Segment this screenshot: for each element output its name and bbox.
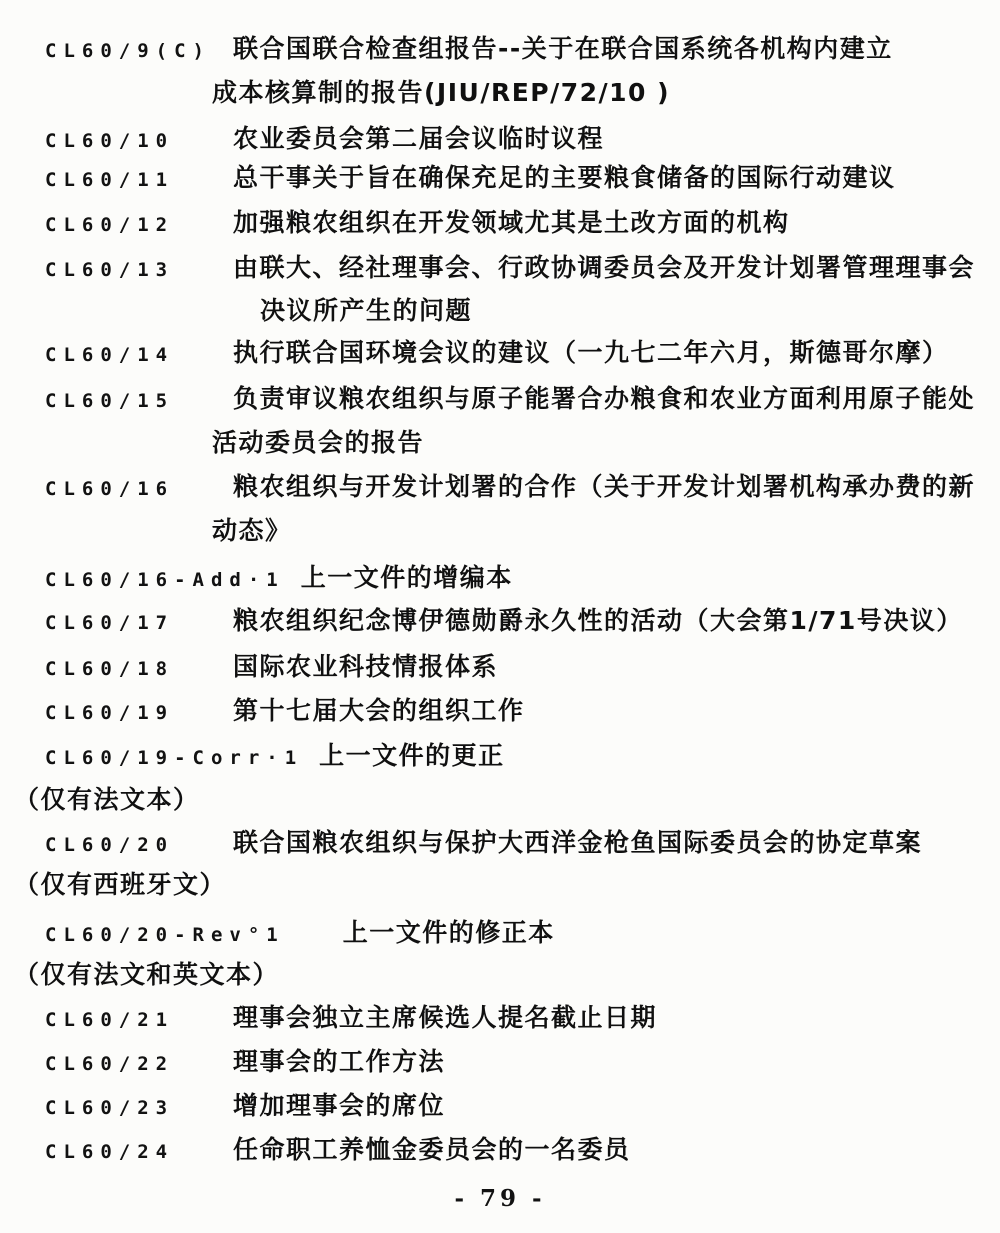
doc-text: （仅有法文和英文本） <box>14 960 279 989</box>
doc-line: CL60/14执行联合国环境会议的建议（一九七二年六月，斯德哥尔摩） <box>45 340 949 365</box>
doc-line: CL60/12加强粮农组织在开发领域尤其是土改方面的机构 <box>45 210 790 235</box>
doc-text: 由联大、经社理事会、行政协调委员会及开发计划署管理理事会 <box>233 253 975 282</box>
doc-text: 决议所产生的问题 <box>260 296 472 325</box>
doc-code: CL60/14 <box>45 346 233 365</box>
doc-text: （仅有法文本） <box>14 785 200 814</box>
doc-line: CL60/16-Add·1上一文件的增编本 <box>45 565 513 590</box>
doc-line: CL60/18国际农业科技情报体系 <box>45 654 498 679</box>
doc-continuation-line: 决议所产生的问题 <box>260 298 472 323</box>
doc-text: 执行联合国环境会议的建议（一九七二年六月，斯德哥尔摩） <box>233 338 949 367</box>
doc-text: 任命职工养恤金委员会的一名委员 <box>233 1135 631 1164</box>
doc-code: CL60/19-Corr·1 <box>45 749 303 768</box>
doc-code: CL60/10 <box>45 132 233 151</box>
doc-text: 活动委员会的报告 <box>212 428 424 457</box>
doc-text: 农业委员会第二届会议临时议程 <box>233 124 604 153</box>
doc-text: 国际农业科技情报体系 <box>233 652 498 681</box>
page-number: - 79 - <box>0 1185 1000 1212</box>
doc-line: CL60/20-Rev°1上一文件的修正本 <box>45 920 555 945</box>
doc-text: 粮农组织与开发计划署的合作（关于开发计划署机构承办费的新 <box>233 472 975 501</box>
doc-code: CL60/20-Rev°1 <box>45 926 285 945</box>
doc-text: 联合国粮农组织与保护大西洋金枪鱼国际委员会的协定草案 <box>233 828 922 857</box>
doc-line: CL60/17粮农组织纪念博伊德勋爵永久性的活动（大会第1/71号决议） <box>45 608 963 633</box>
doc-line: CL60/20联合国粮农组织与保护大西洋金枪鱼国际委员会的协定草案 <box>45 830 922 855</box>
doc-line: CL60/13由联大、经社理事会、行政协调委员会及开发计划署管理理事会 <box>45 255 975 280</box>
doc-continuation-line: 活动委员会的报告 <box>212 430 424 455</box>
scanned-document-page: CL60/9(C)联合国联合检查组报告--关于在联合国系统各机构内建立 成本核算… <box>0 0 1000 1233</box>
language-note: （仅有法文和英文本） <box>14 962 279 987</box>
doc-text: 上一文件的修正本 <box>343 918 555 947</box>
doc-code: CL60/13 <box>45 261 233 280</box>
language-note: （仅有法文本） <box>14 787 200 812</box>
doc-text: 理事会的工作方法 <box>233 1047 445 1076</box>
doc-text: 理事会独立主席候选人提名截止日期 <box>233 1003 657 1032</box>
doc-code: CL60/12 <box>45 216 233 235</box>
doc-continuation-line: 成本核算制的报告(JIU/REP/72/10 ) <box>212 80 670 105</box>
doc-line: CL60/21理事会独立主席候选人提名截止日期 <box>45 1005 657 1030</box>
doc-text: 上一文件的增编本 <box>301 563 513 592</box>
doc-code: CL60/22 <box>45 1055 233 1074</box>
doc-code: CL60/19 <box>45 704 233 723</box>
doc-text: 上一文件的更正 <box>319 741 505 770</box>
doc-text: 粮农组织纪念博伊德勋爵永久性的活动（大会第1/71号决议） <box>233 606 963 635</box>
doc-text: 增加理事会的席位 <box>233 1091 445 1120</box>
doc-line: CL60/24任命职工养恤金委员会的一名委员 <box>45 1137 631 1162</box>
doc-line: CL60/11总干事关于旨在确保充足的主要粮食储备的国际行动建议 <box>45 165 896 190</box>
doc-code: CL60/18 <box>45 660 233 679</box>
doc-line: CL60/22理事会的工作方法 <box>45 1049 445 1074</box>
doc-line: CL60/19第十七届大会的组织工作 <box>45 698 525 723</box>
doc-line: CL60/10农业委员会第二届会议临时议程 <box>45 126 604 151</box>
doc-line: CL60/16粮农组织与开发计划署的合作（关于开发计划署机构承办费的新 <box>45 474 975 499</box>
doc-code: CL60/20 <box>45 836 233 855</box>
language-note: （仅有西班牙文） <box>14 872 226 897</box>
doc-code: CL60/16 <box>45 480 233 499</box>
doc-text: 联合国联合检查组报告--关于在联合国系统各机构内建立 <box>233 34 893 63</box>
doc-line: CL60/19-Corr·1上一文件的更正 <box>45 743 505 768</box>
doc-code: CL60/11 <box>45 171 233 190</box>
doc-code: CL60/23 <box>45 1099 233 1118</box>
doc-line: CL60/15负责审议粮农组织与原子能署合办粮食和农业方面利用原子能处 <box>45 386 975 411</box>
doc-text: 加强粮农组织在开发领域尤其是土改方面的机构 <box>233 208 790 237</box>
doc-text: 负责审议粮农组织与原子能署合办粮食和农业方面利用原子能处 <box>233 384 975 413</box>
doc-code: CL60/9(C) <box>45 42 233 61</box>
doc-text: （仅有西班牙文） <box>14 870 226 899</box>
doc-line: CL60/9(C)联合国联合检查组报告--关于在联合国系统各机构内建立 <box>45 36 893 61</box>
doc-text: 第十七届大会的组织工作 <box>233 696 525 725</box>
doc-continuation-line: 动态》 <box>212 518 292 543</box>
doc-code: CL60/15 <box>45 392 233 411</box>
doc-text: 总干事关于旨在确保充足的主要粮食储备的国际行动建议 <box>233 163 896 192</box>
doc-code: CL60/17 <box>45 614 233 633</box>
doc-code: CL60/21 <box>45 1011 233 1030</box>
doc-text: 动态》 <box>212 516 292 545</box>
doc-line: CL60/23增加理事会的席位 <box>45 1093 445 1118</box>
doc-text: 成本核算制的报告(JIU/REP/72/10 ) <box>212 78 670 107</box>
doc-code: CL60/24 <box>45 1143 233 1162</box>
doc-code: CL60/16-Add·1 <box>45 571 285 590</box>
